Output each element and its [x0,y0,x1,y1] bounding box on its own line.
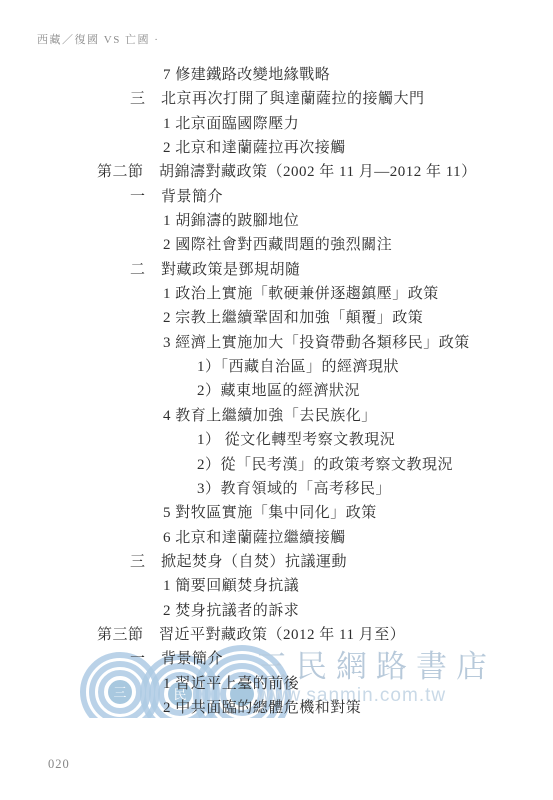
toc-line: 3 經濟上實施加大「投資帶動各類移民」政策 [0,331,553,355]
running-header: 西藏／復國 VS 亡國 · [37,31,159,47]
toc-line: 2 焚身抗議者的訴求 [0,599,553,623]
toc: 7 修建鐵路改變地緣戰略三 北京再次打開了與達蘭薩拉的接觸大門1 北京面臨國際壓… [0,63,553,720]
toc-line: 2）從「民考漢」的政策考察文教現況 [0,453,553,477]
toc-line: 1）「西藏自治區」的經濟現狀 [0,355,553,379]
toc-line: 三 掀起焚身（自焚）抗議運動 [0,550,553,574]
toc-line: 二 對藏政策是鄧規胡隨 [0,258,553,282]
toc-line: 4 教育上繼續加強「去民族化」 [0,404,553,428]
toc-line: 一 背景簡介 [0,647,553,671]
page-number: 020 [48,757,70,772]
toc-line: 2）藏東地區的經濟狀況 [0,379,553,403]
toc-line: 7 修建鐵路改變地緣戰略 [0,63,553,87]
toc-line: 6 北京和達蘭薩拉繼續接觸 [0,526,553,550]
toc-line: 3）教育領域的「高考移民」 [0,477,553,501]
toc-line: 1 簡要回顧焚身抗議 [0,574,553,598]
toc-line: 1 北京面臨國際壓力 [0,112,553,136]
toc-line: 一 背景簡介 [0,185,553,209]
toc-line: 2 北京和達蘭薩拉再次接觸 [0,136,553,160]
toc-line: 2 中共面臨的總體危機和對策 [0,696,553,720]
toc-line: 2 宗教上繼續鞏固和加強「顛覆」政策 [0,306,553,330]
toc-line: 2 國際社會對西藏問題的強烈關注 [0,233,553,257]
toc-line: 5 對牧區實施「集中同化」政策 [0,501,553,525]
book-page: 西藏／復國 VS 亡國 · 三 [0,0,553,800]
toc-line: 第二節 胡錦濤對藏政策（2002 年 11 月—2012 年 11） [0,160,553,184]
toc-line: 三 北京再次打開了與達蘭薩拉的接觸大門 [0,87,553,111]
toc-line: 1 習近平上臺的前後 [0,672,553,696]
toc-line: 第三節 習近平對藏政策（2012 年 11 月至） [0,623,553,647]
toc-line: 1 政治上實施「軟硬兼併逐趨鎮壓」政策 [0,282,553,306]
toc-line: 1） 從文化轉型考察文教現況 [0,428,553,452]
toc-line: 1 胡錦濤的跛腳地位 [0,209,553,233]
